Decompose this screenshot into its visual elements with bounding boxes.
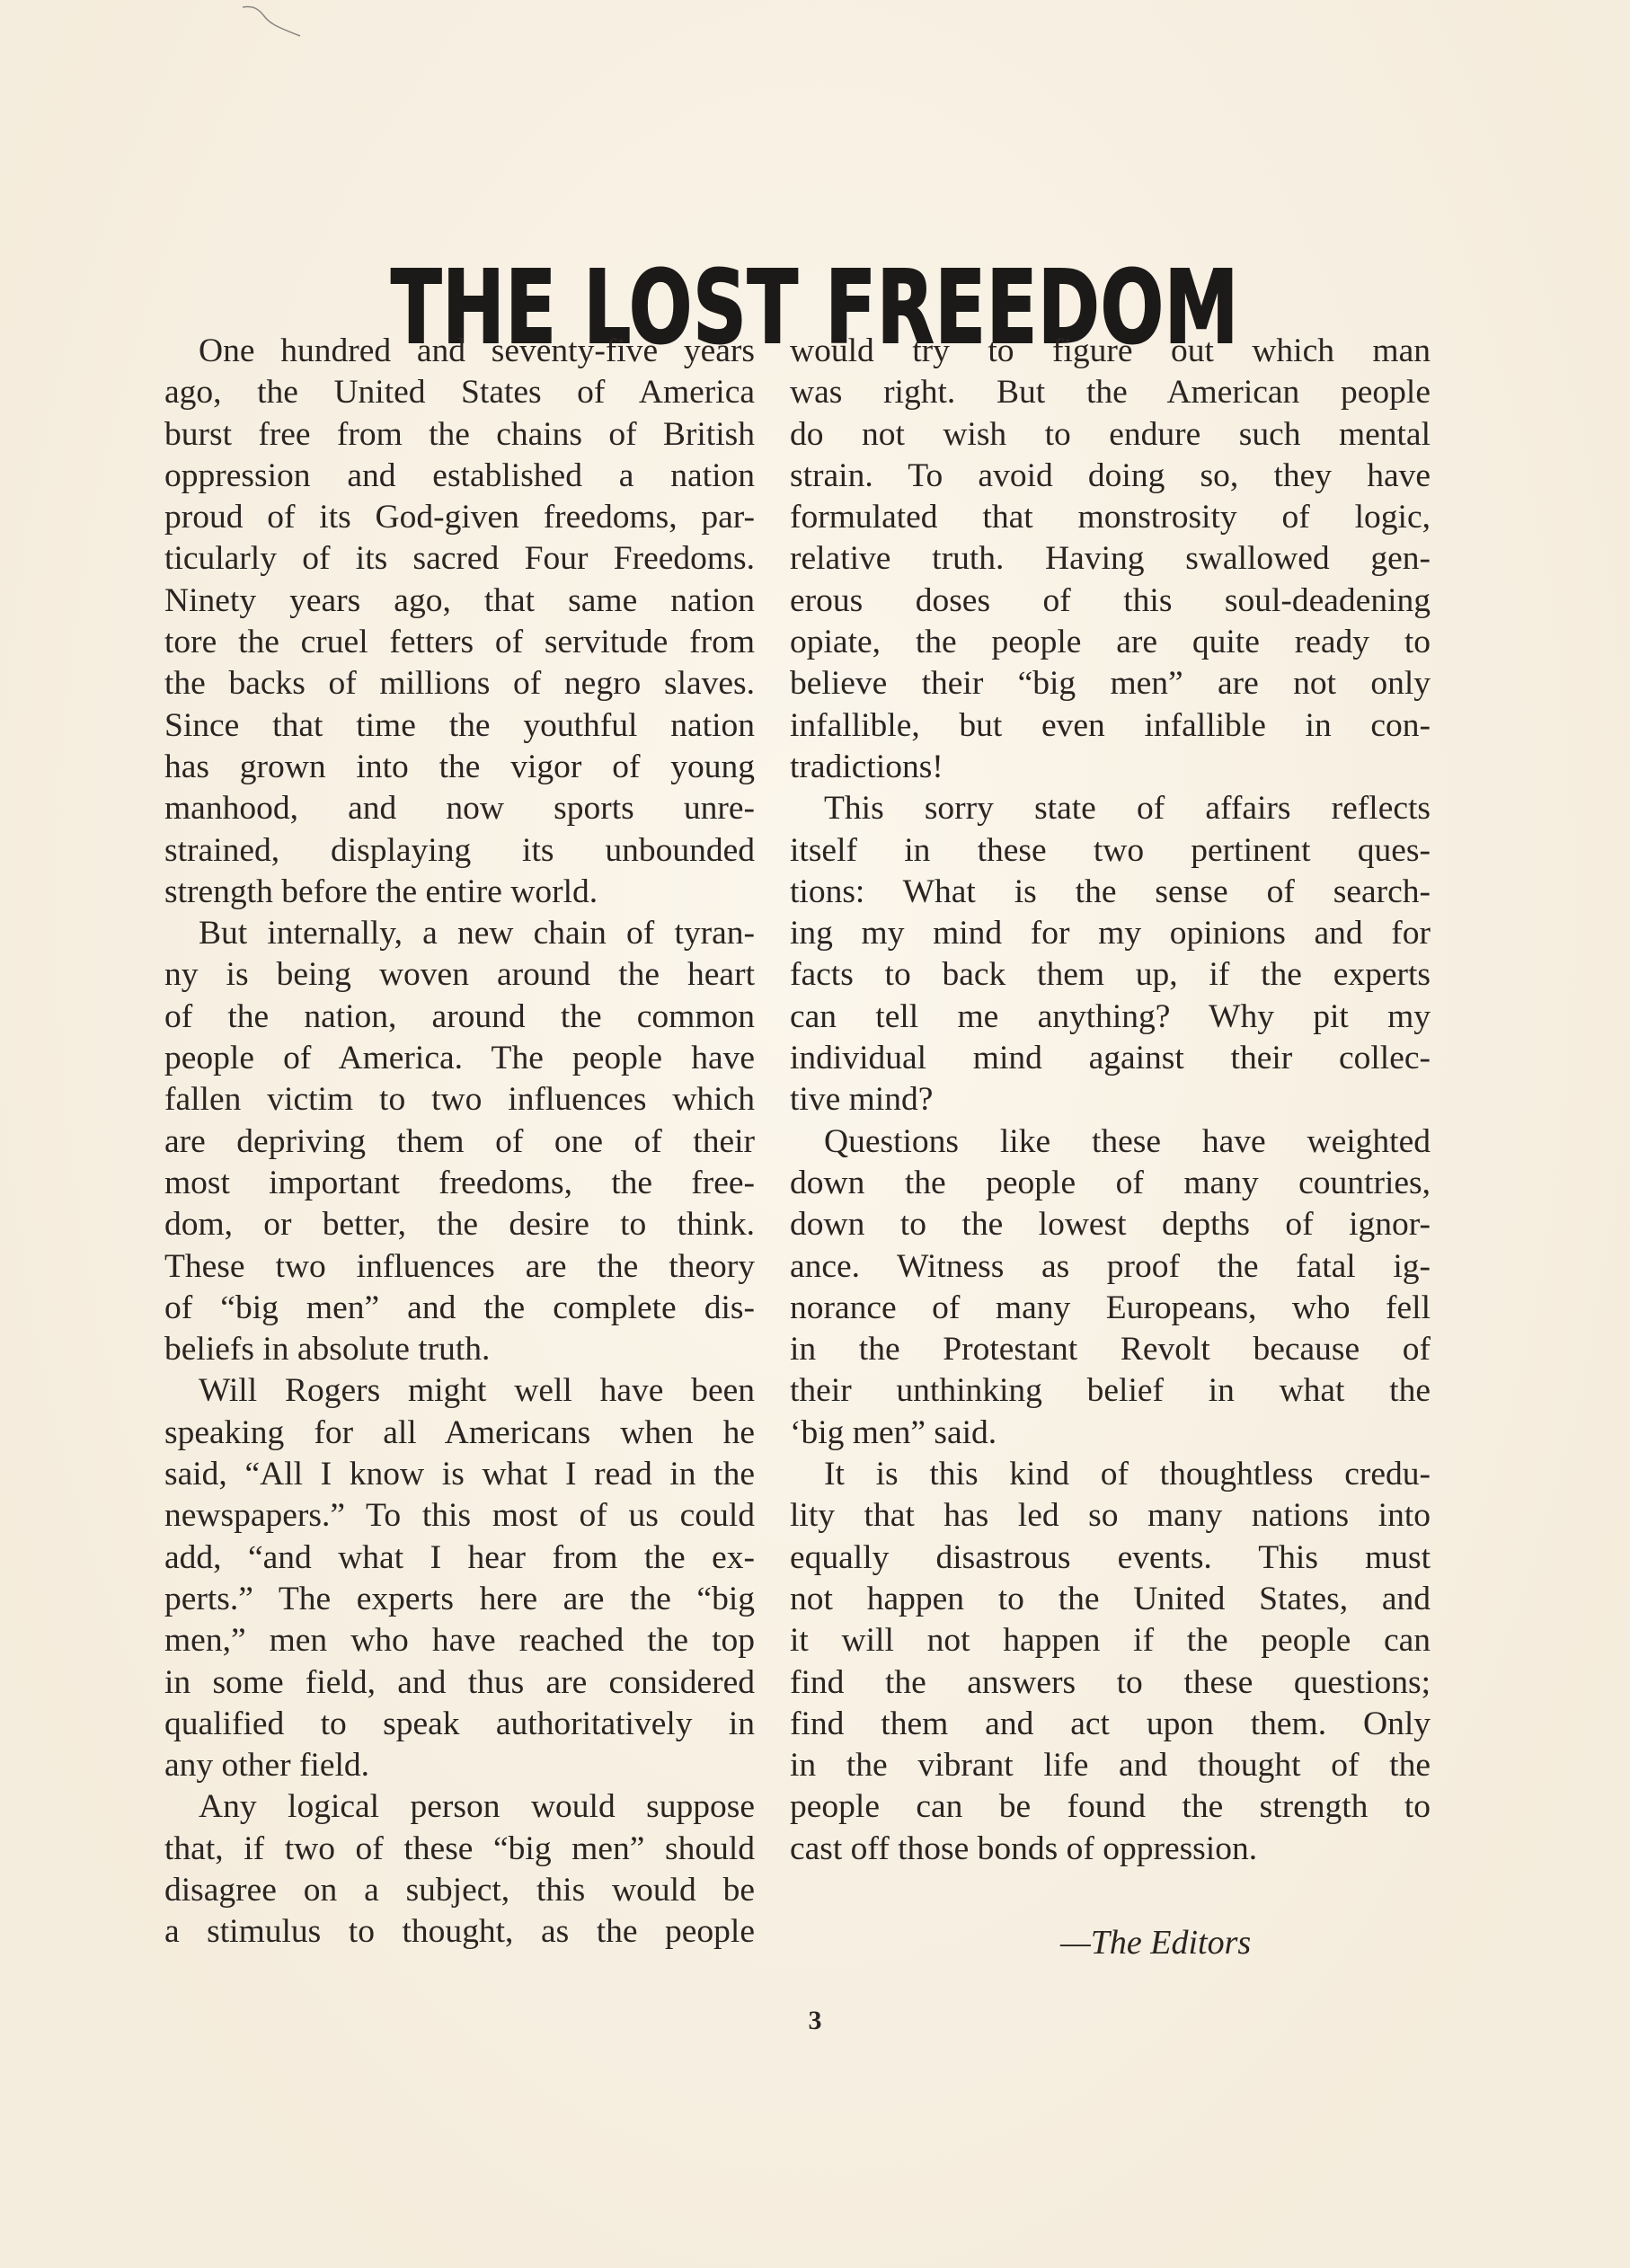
text-line: the backs of millions of negro slaves. [164, 663, 755, 704]
line-text: in the vibrant life and thought of the [790, 1747, 1431, 1784]
text-line: was right. But the American people [790, 372, 1431, 413]
line-text: Any logical person would suppose [199, 1788, 755, 1825]
line-text: down the people of many countries, [790, 1165, 1431, 1201]
text-line: of the nation, around the common [164, 997, 755, 1038]
line-text: a stimulus to thought, as the people [164, 1913, 755, 1950]
line-text: Will Rogers might well have been [199, 1372, 755, 1409]
line-text: ago, the United States of America [164, 374, 755, 411]
text-line: ance. Witness as proof the fatal ig- [790, 1246, 1431, 1288]
text-line: people can be found the strength to [790, 1786, 1431, 1828]
line-text: it will not happen if the people can [790, 1622, 1431, 1659]
text-line: any other field. [164, 1745, 755, 1786]
text-line: most important freedoms, the free- [164, 1163, 755, 1204]
line-text: Ninety years ago, that same nation [164, 582, 755, 619]
text-line: perts.” The experts here are the “big [164, 1579, 755, 1620]
page-number: 3 [0, 2006, 1630, 2036]
line-text: ticularly of its sacred Four Freedoms. [164, 540, 755, 577]
text-line: formulated that monstrosity of logic, [790, 497, 1431, 538]
text-line: itself in these two pertinent ques- [790, 830, 1431, 872]
line-text: ance. Witness as proof the fatal ig- [790, 1248, 1431, 1285]
text-line: that, if two of these “big men” should [164, 1829, 755, 1870]
line-text: has grown into the vigor of young [164, 749, 755, 785]
text-line: not happen to the United States, and [790, 1579, 1431, 1620]
text-line: lity that has led so many nations into [790, 1495, 1431, 1537]
text-line: do not wish to endure such mental [790, 414, 1431, 456]
text-line: a stimulus to thought, as the people [164, 1911, 755, 1953]
text-line: in the Protestant Revolt because of [790, 1329, 1431, 1370]
text-line: beliefs in absolute truth. [164, 1329, 755, 1370]
line-text: men,” men who have reached the top [164, 1622, 755, 1659]
line-text: strained, displaying its unbounded [164, 832, 755, 869]
text-line: tradictions! [790, 747, 1431, 788]
line-text: But internally, a new chain of tyran- [199, 915, 755, 952]
text-line: disagree on a subject, this would be [164, 1870, 755, 1911]
line-text: are depriving them of one of their [164, 1123, 755, 1160]
line-text: find them and act upon them. Only [790, 1705, 1431, 1742]
text-line: opiate, the people are quite ready to [790, 622, 1431, 663]
text-line: find the answers to these questions; [790, 1662, 1431, 1704]
line-text: beliefs in absolute truth. [164, 1331, 490, 1368]
line-text: of “big men” and the complete dis- [164, 1289, 755, 1326]
paragraph-first-line: One hundred and seventy-five years [164, 331, 755, 372]
text-line: qualified to speak authoritatively in [164, 1704, 755, 1745]
text-line: men,” men who have reached the top [164, 1620, 755, 1661]
line-text: was right. But the American people [790, 374, 1431, 411]
line-text: burst free from the chains of British [164, 416, 755, 453]
paragraph-first-line: Any logical person would suppose [164, 1786, 755, 1828]
text-line: norance of many Europeans, who fell [790, 1288, 1431, 1329]
line-text: itself in these two pertinent ques- [790, 832, 1431, 869]
text-line: ticularly of its sacred Four Freedoms. [164, 538, 755, 580]
paragraph-first-line: Questions like these have weighted [790, 1121, 1431, 1163]
text-line: down to the lowest depths of ignor- [790, 1204, 1431, 1245]
line-text: formulated that monstrosity of logic, [790, 499, 1431, 536]
line-text: fallen victim to two influences which [164, 1081, 755, 1118]
text-line: has grown into the vigor of young [164, 747, 755, 788]
line-text: strength before the entire world. [164, 873, 598, 910]
text-line: dom, or better, the desire to think. [164, 1204, 755, 1245]
line-text: This sorry state of affairs reflects [824, 790, 1431, 827]
text-line: down the people of many countries, [790, 1163, 1431, 1204]
line-text: believe their “big men” are not only [790, 665, 1431, 702]
line-text: One hundred and seventy-five years [199, 332, 755, 369]
line-text: can tell me anything? Why pit my [790, 998, 1431, 1035]
line-text: that, if two of these “big men” should [164, 1830, 755, 1867]
line-text: oppression and established a nation [164, 457, 755, 494]
text-line: speaking for all Americans when he [164, 1413, 755, 1454]
text-line: ‘big men” said. [790, 1413, 1431, 1454]
line-text: do not wish to endure such mental [790, 416, 1431, 453]
line-text: tive mind? [790, 1081, 933, 1118]
line-text: Questions like these have weighted [824, 1123, 1431, 1160]
line-text: any other field. [164, 1747, 369, 1784]
line-text: ing my mind for my opinions and for [790, 915, 1431, 952]
line-text: tradictions! [790, 749, 943, 785]
line-text: down to the lowest depths of ignor- [790, 1206, 1431, 1243]
text-line: fallen victim to two influences which [164, 1079, 755, 1121]
text-line: burst free from the chains of British [164, 414, 755, 456]
text-line: newspapers.” To this most of us could [164, 1495, 755, 1537]
line-text: lity that has led so many nations into [790, 1497, 1431, 1534]
text-line: strength before the entire world. [164, 872, 755, 913]
line-text: speaking for all Americans when he [164, 1414, 755, 1451]
text-line: believe their “big men” are not only [790, 663, 1431, 704]
line-text: in the Protestant Revolt because of [790, 1331, 1431, 1368]
line-text: perts.” The experts here are the “big [164, 1581, 755, 1617]
line-text: find the answers to these questions; [790, 1664, 1431, 1701]
line-text: add, “and what I hear from the ex- [164, 1539, 755, 1576]
text-line: proud of its God-given freedoms, par- [164, 497, 755, 538]
line-text: infallible, but even infallible in con- [790, 707, 1431, 744]
line-text: disagree on a subject, this would be [164, 1872, 755, 1909]
line-text: These two influences are the theory [164, 1248, 755, 1285]
article-column-right: would try to figure out which manwas rig… [790, 331, 1431, 1870]
line-text: Since that time the youthful nation [164, 707, 755, 744]
line-text: ny is being woven around the heart [164, 956, 755, 993]
article-column-left: One hundred and seventy-five yearsago, t… [164, 331, 755, 1953]
text-line: strain. To avoid doing so, they have [790, 456, 1431, 497]
line-text: people of America. The people have [164, 1040, 755, 1076]
line-text: not happen to the United States, and [790, 1581, 1431, 1617]
text-line: tive mind? [790, 1079, 1431, 1121]
line-text: strain. To avoid doing so, they have [790, 457, 1431, 494]
stray-hair-mark [241, 4, 304, 40]
text-line: of “big men” and the complete dis- [164, 1288, 755, 1329]
line-text: relative truth. Having swallowed gen- [790, 540, 1431, 577]
text-line: infallible, but even infallible in con- [790, 705, 1431, 747]
text-line: their unthinking belief in what the [790, 1370, 1431, 1412]
line-text: qualified to speak authoritatively in [164, 1705, 755, 1742]
text-line: ny is being woven around the heart [164, 954, 755, 996]
text-line: can tell me anything? Why pit my [790, 997, 1431, 1038]
text-line: are depriving them of one of their [164, 1121, 755, 1163]
text-line: individual mind against their collec- [790, 1038, 1431, 1079]
text-line: said, “All I know is what I read in the [164, 1454, 755, 1495]
text-line: manhood, and now sports unre- [164, 788, 755, 829]
line-text: tore the cruel fetters of servitude from [164, 624, 755, 660]
line-text: would try to figure out which man [790, 332, 1431, 369]
line-text: norance of many Europeans, who fell [790, 1289, 1431, 1326]
line-text: facts to back them up, if the experts [790, 956, 1431, 993]
text-line: Ninety years ago, that same nation [164, 580, 755, 622]
line-text: erous doses of this soul-deadening [790, 582, 1431, 619]
line-text: equally disastrous events. This must [790, 1539, 1431, 1576]
paragraph-first-line: This sorry state of affairs reflects [790, 788, 1431, 829]
article-signature: —The Editors [1060, 1923, 1251, 1962]
text-line: These two influences are the theory [164, 1246, 755, 1288]
paragraph-first-line: It is this kind of thoughtless credu- [790, 1454, 1431, 1495]
text-line: relative truth. Having swallowed gen- [790, 538, 1431, 580]
text-line: equally disastrous events. This must [790, 1537, 1431, 1579]
line-text: It is this kind of thoughtless credu- [824, 1456, 1431, 1493]
text-line: tions: What is the sense of search- [790, 872, 1431, 913]
paragraph-first-line: But internally, a new chain of tyran- [164, 913, 755, 954]
line-text: opiate, the people are quite ready to [790, 624, 1431, 660]
text-line: Since that time the youthful nation [164, 705, 755, 747]
line-text: newspapers.” To this most of us could [164, 1497, 755, 1534]
text-line: tore the cruel fetters of servitude from [164, 622, 755, 663]
text-line: oppression and established a nation [164, 456, 755, 497]
text-line: find them and act upon them. Only [790, 1704, 1431, 1745]
text-line: ing my mind for my opinions and for [790, 913, 1431, 954]
line-text: in some field, and thus are considered [164, 1664, 755, 1701]
line-text: ‘big men” said. [790, 1414, 997, 1451]
line-text: the backs of millions of negro slaves. [164, 665, 755, 702]
line-text: dom, or better, the desire to think. [164, 1206, 755, 1243]
line-text: people can be found the strength to [790, 1788, 1431, 1825]
line-text: their unthinking belief in what the [790, 1372, 1431, 1409]
line-text: manhood, and now sports unre- [164, 790, 755, 827]
text-line: facts to back them up, if the experts [790, 954, 1431, 996]
paragraph-first-line: Will Rogers might well have been [164, 1370, 755, 1412]
line-text: said, “All I know is what I read in the [164, 1456, 755, 1493]
text-line: add, “and what I hear from the ex- [164, 1537, 755, 1579]
text-line: erous doses of this soul-deadening [790, 580, 1431, 622]
text-line: in some field, and thus are considered [164, 1662, 755, 1704]
line-text: proud of its God-given freedoms, par- [164, 499, 755, 536]
line-text: cast off those bonds of oppression. [790, 1830, 1257, 1867]
line-text: individual mind against their collec- [790, 1040, 1431, 1076]
text-line: people of America. The people have [164, 1038, 755, 1079]
text-line: in the vibrant life and thought of the [790, 1745, 1431, 1786]
text-line: strained, displaying its unbounded [164, 830, 755, 872]
line-text: tions: What is the sense of search- [790, 873, 1431, 910]
text-line: it will not happen if the people can [790, 1620, 1431, 1661]
text-line: ago, the United States of America [164, 372, 755, 413]
line-text: most important freedoms, the free- [164, 1165, 755, 1201]
text-line: would try to figure out which man [790, 331, 1431, 372]
text-line: cast off those bonds of oppression. [790, 1829, 1431, 1870]
line-text: of the nation, around the common [164, 998, 755, 1035]
